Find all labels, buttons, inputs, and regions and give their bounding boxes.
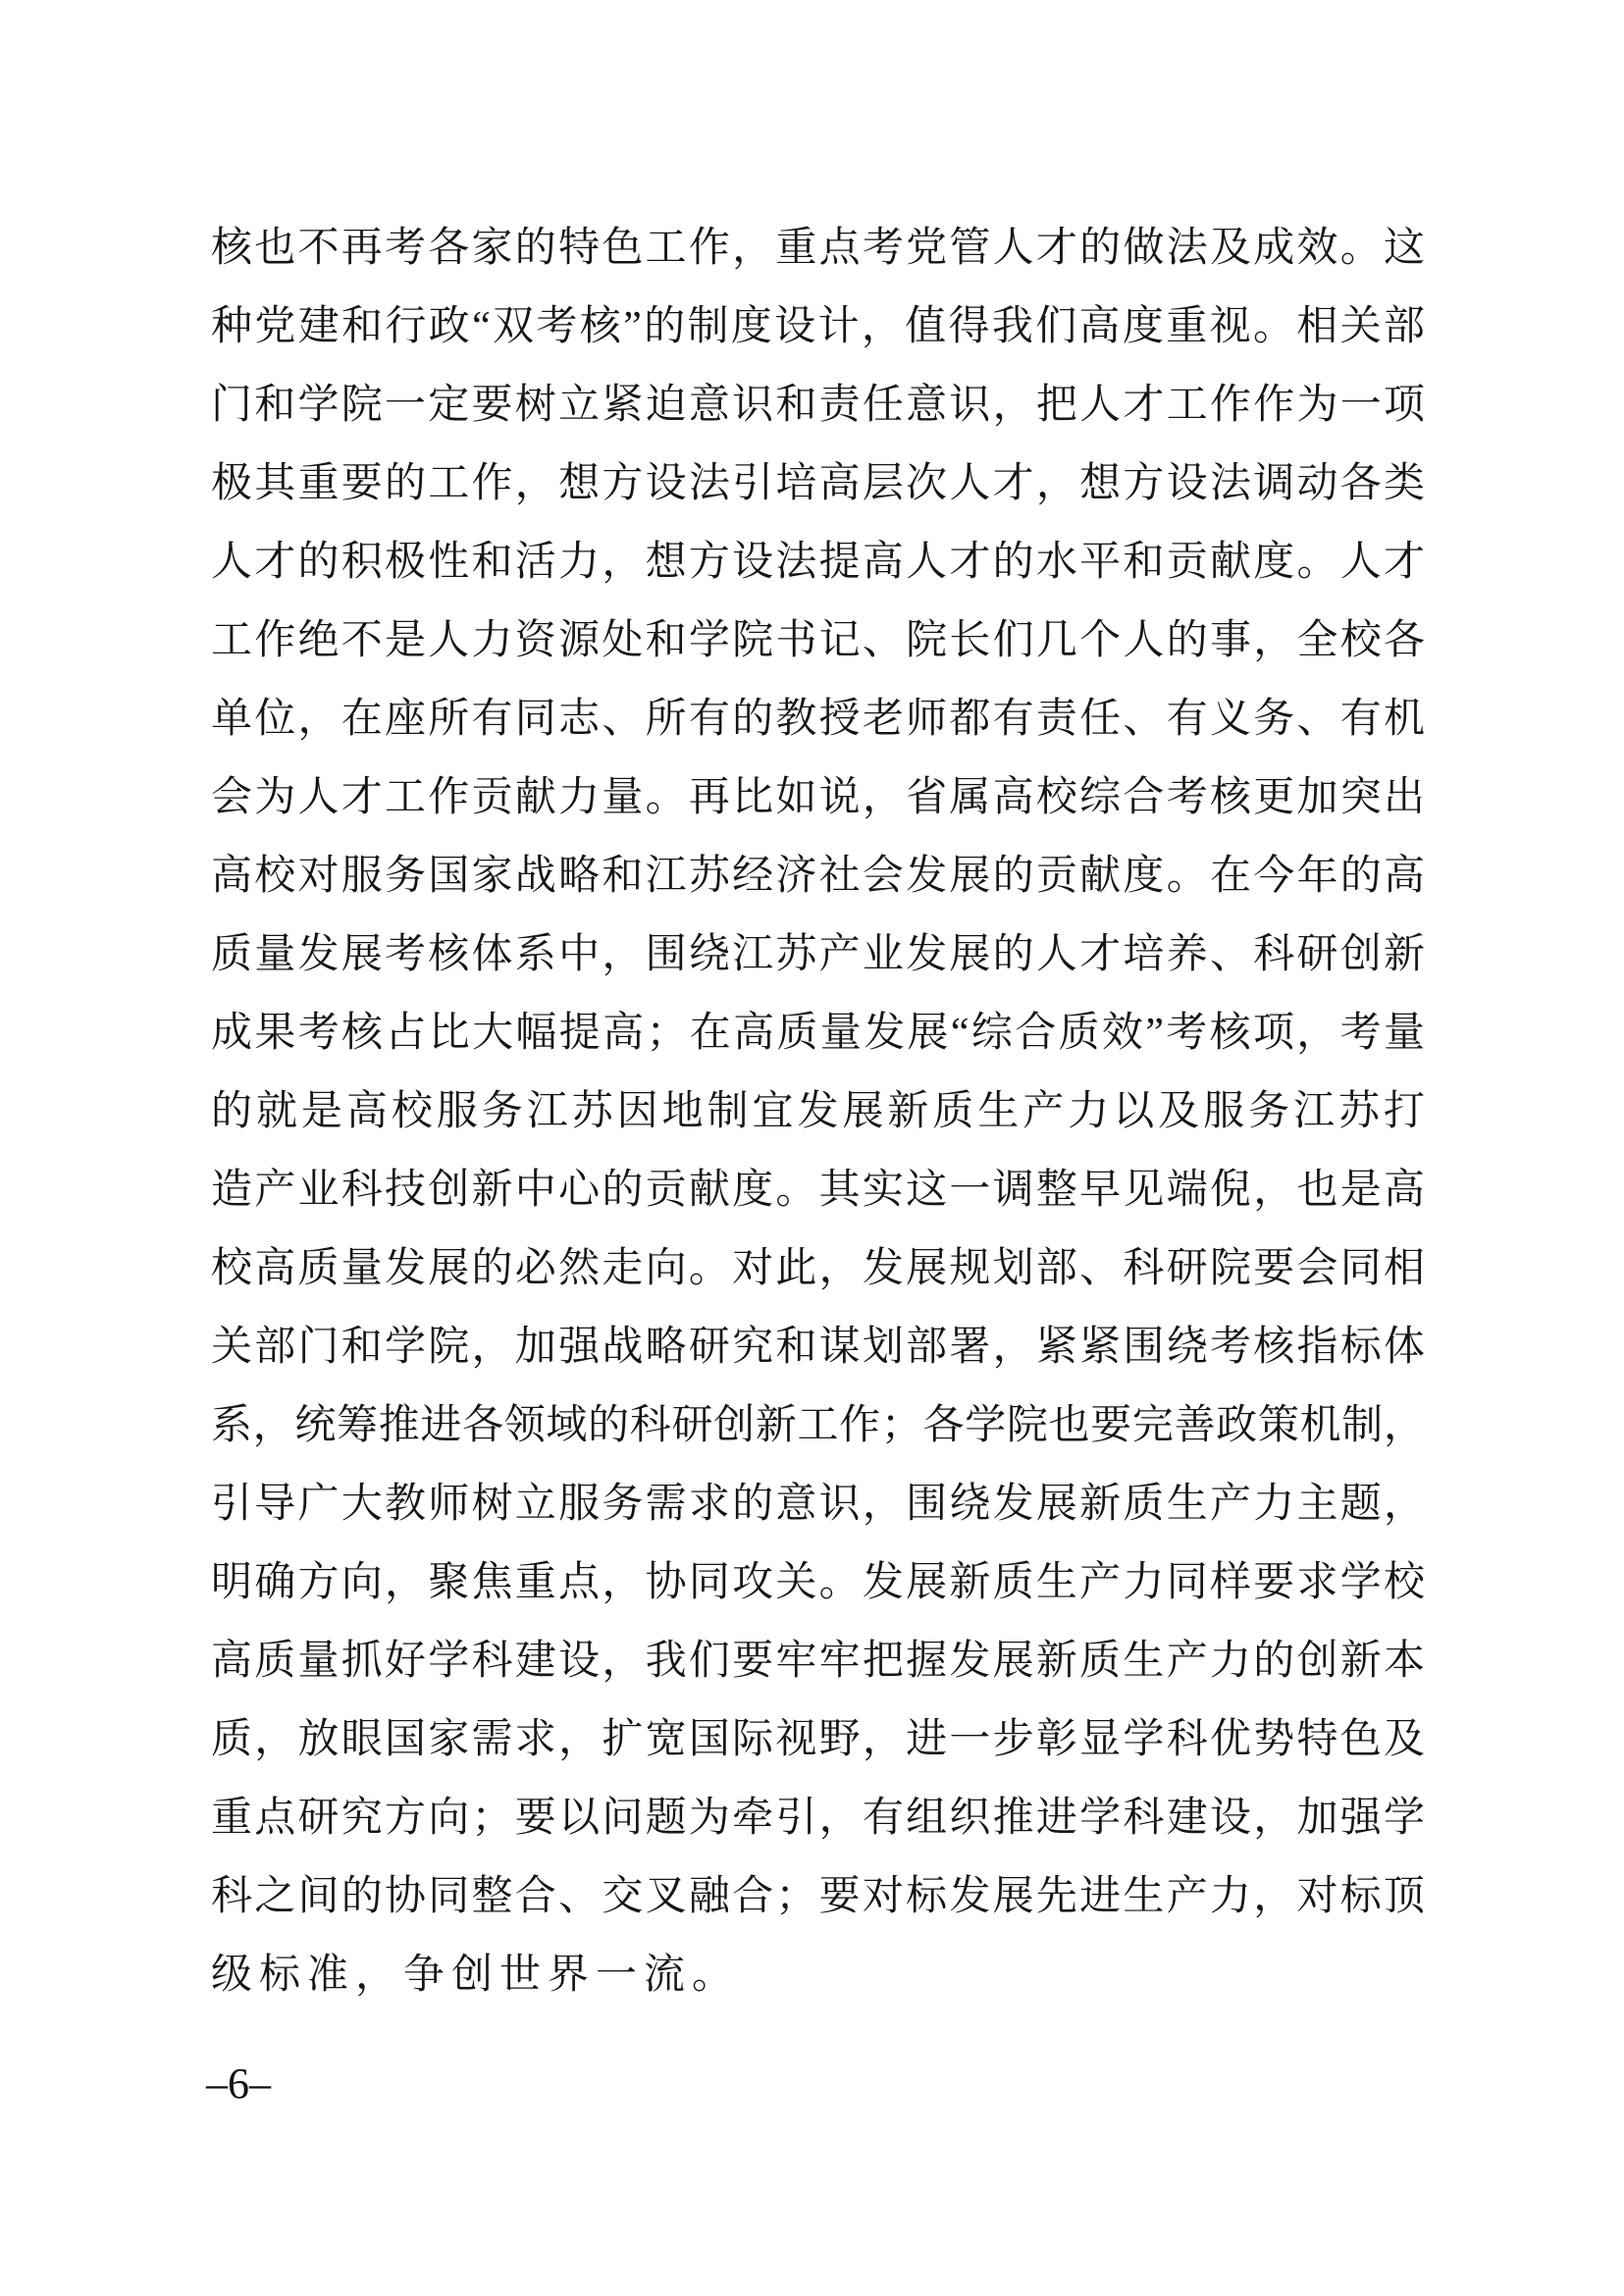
text-line: 级标准，争创世界一流。 — [211, 1936, 1425, 2014]
text-line: 会为人才工作贡献力量。再比如说，省属高校综合考核更加突出 — [211, 758, 1425, 837]
text-line: 单位，在座所有同志、所有的教授老师都有责任、有义务、有机 — [211, 680, 1425, 758]
page-number: –6– — [206, 2059, 271, 2110]
text-line: 成果考核占比大幅提高；在高质量发展“综合质效”考核项，考量 — [211, 994, 1425, 1072]
document-page: 核也不再考各家的特色工作，重点考党管人才的做法及成效。这 种党建和行政“双考核”… — [0, 0, 1624, 2296]
text-line: 重点研究方向；要以问题为牵引，有组织推进学科建设，加强学 — [211, 1779, 1425, 1857]
text-line: 门和学院一定要树立紧迫意识和责任意识，把人才工作作为一项 — [211, 366, 1425, 444]
text-line: 高质量抓好学科建设，我们要牢牢把握发展新质生产力的创新本 — [211, 1622, 1425, 1700]
text-line: 的就是高校服务江苏因地制宜发展新质生产力以及服务江苏打 — [211, 1072, 1425, 1151]
text-line: 明确方向，聚焦重点，协同攻关。发展新质生产力同样要求学校 — [211, 1543, 1425, 1622]
text-line: 校高质量发展的必然走向。对此，发展规划部、科研院要会同相 — [211, 1229, 1425, 1308]
text-line: 造产业科技创新中心的贡献度。其实这一调整早见端倪，也是高 — [211, 1151, 1425, 1229]
text-line: 高校对服务国家战略和江苏经济社会发展的贡献度。在今年的高 — [211, 837, 1425, 915]
text-line: 种党建和行政“双考核”的制度设计，值得我们高度重视。相关部 — [211, 287, 1425, 366]
text-line: 引导广大教师树立服务需求的意识，围绕发展新质生产力主题， — [211, 1465, 1425, 1543]
text-line: 质，放眼国家需求，扩宽国际视野，进一步彰显学科优势特色及 — [211, 1700, 1425, 1779]
text-line: 核也不再考各家的特色工作，重点考党管人才的做法及成效。这 — [211, 209, 1425, 287]
text-line: 系，统筹推进各领域的科研创新工作；各学院也要完善政策机制， — [211, 1386, 1425, 1465]
text-line: 工作绝不是人力资源处和学院书记、院长们几个人的事，全校各 — [211, 601, 1425, 680]
text-line: 质量发展考核体系中，围绕江苏产业发展的人才培养、科研创新 — [211, 915, 1425, 994]
text-line: 人才的积极性和活力，想方设法提高人才的水平和贡献度。人才 — [211, 523, 1425, 601]
body-text: 核也不再考各家的特色工作，重点考党管人才的做法及成效。这 种党建和行政“双考核”… — [211, 209, 1425, 2014]
text-line: 极其重要的工作，想方设法引培高层次人才，想方设法调动各类 — [211, 444, 1425, 523]
text-line: 科之间的协同整合、交叉融合；要对标发展先进生产力，对标顶 — [211, 1857, 1425, 1936]
text-line: 关部门和学院，加强战略研究和谋划部署，紧紧围绕考核指标体 — [211, 1308, 1425, 1386]
